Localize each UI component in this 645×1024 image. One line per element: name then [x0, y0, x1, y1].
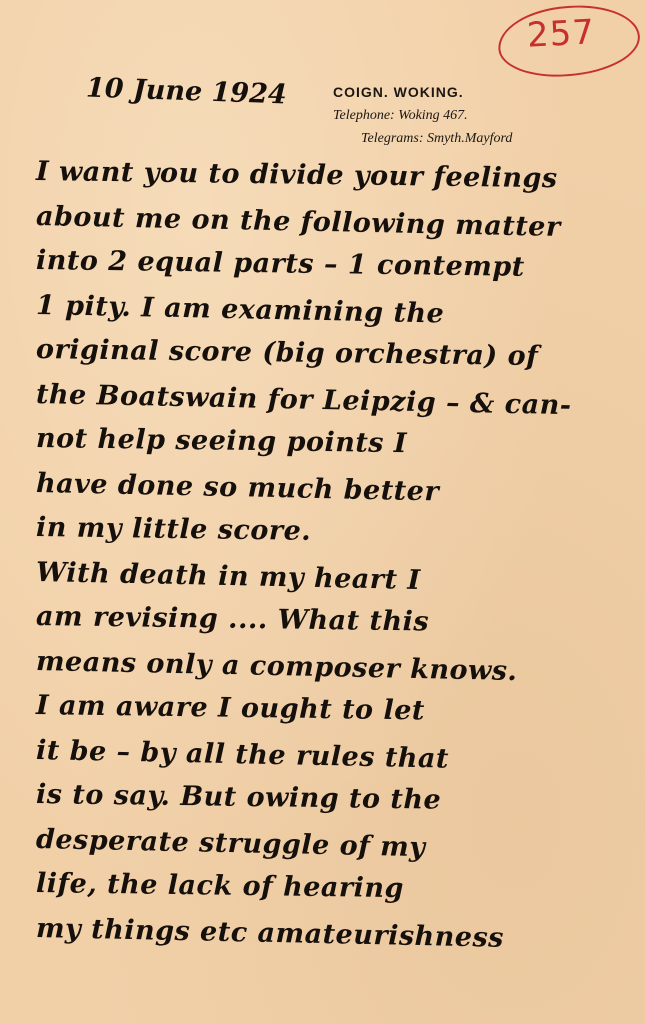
handwritten-line: life, the lack of hearing — [36, 862, 637, 915]
letter-page: 257 10 June 1924 COIGN. WOKING. Telephon… — [0, 0, 645, 1024]
letterhead-address: COIGN. WOKING. — [333, 84, 633, 100]
handwritten-line: am revising .... What this — [36, 595, 637, 648]
letterhead-telegrams: Telegrams: Smyth.Mayford — [361, 131, 633, 147]
letter-body: I want you to divide your feelings about… — [36, 150, 636, 951]
handwritten-line: in my little score. — [36, 506, 637, 559]
letter-date: 10 June 1924 — [86, 73, 288, 111]
archive-number: 257 — [526, 12, 596, 55]
handwritten-line: I want you to divide your feelings — [36, 150, 637, 203]
handwritten-line: into 2 equal parts – 1 contempt — [36, 239, 637, 292]
handwritten-line: is to say. But owing to the — [36, 773, 637, 826]
handwritten-line: I am aware I ought to let — [36, 684, 637, 737]
handwritten-line: my things etc amateurishness — [36, 907, 637, 964]
letterhead: COIGN. WOKING. Telephone: Woking 467. Te… — [333, 84, 633, 147]
handwritten-line: original score (big orchestra) of — [36, 328, 637, 381]
handwritten-line: not help seeing points I — [36, 417, 637, 470]
letterhead-telephone: Telephone: Woking 467. — [333, 108, 633, 124]
